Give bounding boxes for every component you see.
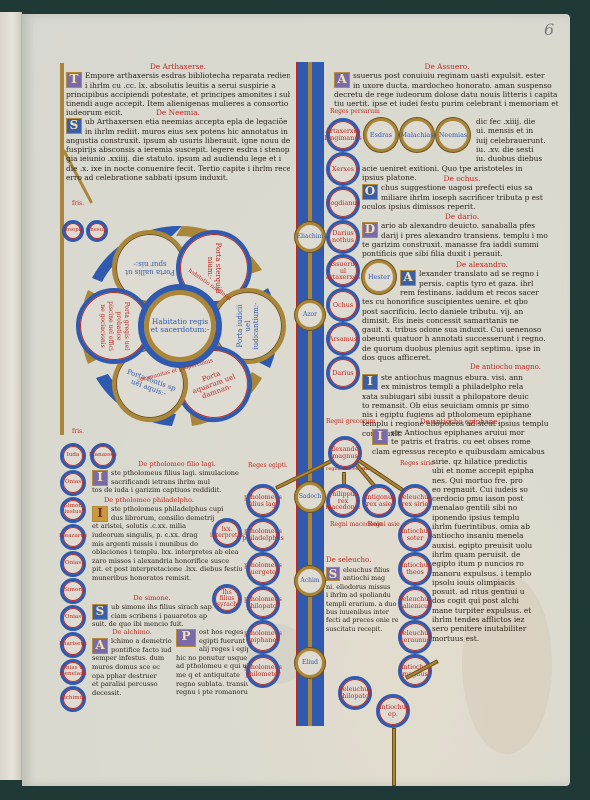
text-line: in ihrlm rediit. muros eius sex potens h… [85,127,290,136]
text-line: bus iuuenibus inter [326,608,398,616]
circle-ptholomeus-epiphanes: ptholomeus epiphanes [246,620,280,654]
circle-onias: Onias [60,470,86,496]
text-line: ste ptholomeus philadelphus cupi [111,505,242,514]
text-line: iuij celebrauerunt. [476,136,566,145]
initial-letter: P [176,629,196,647]
text-line: gia ieiunio .xxiiij. die statuto. ipsum … [66,154,290,163]
text-line: mortuus est. [432,634,564,643]
text-line: ni. eliodorus missus [326,583,398,591]
circle-phariseus: Phariseus [60,632,86,658]
rose-diagram-jerusalem-gates: Porta uallis ut spur nis:- Porta sterqui… [72,218,288,432]
initial-letter: S [92,604,108,620]
label-fris-2: fris. [72,428,84,435]
text-line: i ihrlm cu .cc. lx. absolutis leuitis a … [85,81,290,90]
text-line: tes cu honorifice suscipientes uenire. e… [362,297,562,306]
text-line: eo regnauit. Cui iudeis so [432,485,564,494]
text-line: lchimo a demetrio [111,637,172,646]
text-line: pontificis que sibi filia duxit i peraui… [362,249,562,258]
rubric: De Neemia. [66,108,290,117]
text-line: dos cogit qui post alchi [432,596,564,605]
text-line: in uxore ducta. mardocheo honorato. aman… [353,81,560,90]
text-line: suscitatu recepit. [326,625,398,633]
initial-letter: D [362,222,378,238]
text-line: decretu de rege iudeorum dolose datu nou… [334,90,560,99]
previous-page-edge [0,12,22,780]
rose-center-circle: Habitatio regis et sacerdotum:- [144,290,216,362]
rubric: De dario. [362,212,562,221]
text-line: sirie. qz hilatice predictis [432,457,564,466]
text-line: i ihrlm ad spoliandu [326,591,398,599]
text-line: posuit. ad ritus gentiui u [432,587,564,596]
section-assuero: De Assuero. A ssuerus post conuiuiu regi… [334,62,560,108]
central-gold-line [308,62,312,726]
circle-onias-3: Onias [60,605,86,631]
initial-letter: I [362,374,378,390]
text-line: sacrificandi ietrans ihrlm mul [111,478,262,487]
text-line: egipti fuerunt [199,637,248,646]
text-line: de quorum duobus plenius agit septimu. i… [362,344,562,353]
text-line: ihrlm fuerintibus. omia ab [432,522,564,531]
section-antiocho-epiphane-cont: sirie. qz hilatice predictis ubi et nome… [432,457,564,643]
label-fris: fris. [72,200,84,207]
text-line: dic fec .xiiij. die [476,117,566,126]
text-line: ex ministros templi a philadelpho rela [381,382,562,391]
text-line: alij reges i egipto q [199,645,248,654]
initial-letter: I [92,506,108,522]
initial-letter: S [326,567,340,581]
text-line: dos quos afficeret. [362,353,562,362]
circle-darius: Darius [326,356,360,390]
section-post-hos-reges: P ost hos reges egipti fuerunt alij rege… [176,628,248,697]
circle-simon-iustus: Simon iustus [60,497,86,523]
text-line: pit. et post interpretacione .lxx. diebu… [92,565,242,574]
section-assuero-cont: dic fec .xiiij. die ui. mensis et in iui… [476,117,566,163]
text-line: muneribus honoratos remisit. [92,574,242,583]
rubric-antiocho-magno: De antiocho magno. [470,363,541,372]
text-line: erro ad celebratione sabbati ipsum indux… [66,173,290,182]
section-dario: De dario. D ario ab alexandro deuicto. s… [362,212,562,258]
text-line: ubi et nome accepit epipha [432,466,564,475]
text-line: ihrlm tendes afflictos iez [432,615,564,624]
initial-letter: A [400,270,416,286]
text-line: cerdocio pmu iason post [432,494,564,503]
text-line: iu. duobus diebus [476,154,566,163]
circle-ptholomeus-philadelphus: ptholomeus philadelphus [246,518,280,552]
text-line: templi erarium. a duo [326,600,398,608]
circle-arsamus: Arsamus [326,322,360,356]
circle-antigonus: Antigonus rex asie [362,484,396,518]
text-line: pontifice facto iude [111,646,172,655]
initial-letter: A [334,72,350,88]
circle-sogdianus: Sogdianus [326,186,360,220]
circle-malachias: Malachias [400,118,434,152]
text-line: fuspirijs absconsis a ieremia suscepit. … [66,145,290,154]
circle-ptholomeus-euergetes: ptholomeus euergetes [246,552,280,586]
text-line: iu. .xv. die sesti [476,145,566,154]
circle-antiochus-soter: Antiochus soter [398,518,432,552]
rubric: De ochus. [362,174,562,183]
circle-xerxes: Xerxes [326,152,360,186]
text-line: decessit. [92,689,172,698]
circle-neemias: Neemias [436,118,470,152]
circle-ptholomeus-lagi: ptholomeus filius lagi [246,484,280,518]
text-line: miliare ihrlm ioseph sacrificer tributa … [381,193,562,202]
section-alexandro: De alexandro. A lexander translato ad se… [400,260,564,288]
text-line: ste Antiochus epiphanes aruiui mor [391,428,562,437]
text-line: ub Arthaxersen etia neemias accepta epla… [85,117,290,126]
circle-sadoch: Sadoch [295,482,325,512]
text-line: regno sublata. transiuit [176,680,248,689]
rubric: De alexandro. [400,260,564,269]
text-line: ad ptholomeu e qui ultim [176,662,248,671]
text-line: manoru expulsus. i templo [432,569,564,578]
circle-ptholomeus-philometor: ptholomeus philometor [246,654,280,688]
text-line: ssuerus post conuiuiu reginam uasti expu… [353,71,560,80]
text-line: menalao gentili sibi no [432,503,564,512]
initial-letter: I [372,429,388,445]
circle-alchimus: Alchimus [60,686,86,712]
text-line: dimisit. Eis ineis concessit samaritanis… [362,316,562,325]
circle-seleuchus-sirie: Seleuchus rex sirie [398,484,432,518]
text-line: ario ab alexandro deuicto. sanaballa pfe… [381,221,562,230]
circle-menelaus: Onias ul menelaus [60,659,86,685]
text-line: persis. captis tyro et gaza. ihrl [419,279,564,288]
rubric: De ptholomeo philadelpho. [92,496,242,505]
section-ptholomeus-lagi: De ptholomeo filio lagi. I ste ptholomeu… [92,460,262,495]
circle-ptholomeus-philopator: ptholomeus philopator [246,586,280,620]
text-line: post sacrificiu. lecto daniele tributu. … [362,307,562,316]
circle-darius-nothus: Darius nothus [326,220,360,254]
initial-letter: T [66,72,82,88]
label-regni-grecorum: Regni grecorum [326,418,375,425]
text-line: oblaciones i templu. lxx. interpretes ab… [92,548,242,557]
text-line: ste ptholomeus filius lagi. simulacione [111,469,262,478]
circle-achim: Achim [295,566,325,596]
text-line: lexander translato ad se regno i [419,269,564,278]
circle-antiochus-ep: Antiochus ep. [376,694,410,728]
text-line: ciam scribens i pauaretos ap [111,612,212,621]
text-line: iponendo ipsius templu [432,513,564,522]
text-line: ihrlm quam peruisit. de [432,550,564,559]
initial-letter: S [66,118,82,134]
initial-letter: O [362,184,378,200]
circle-azor: Azor [295,300,325,330]
text-line: auxisi. egipto preuisit uolu [432,541,564,550]
circle-assuerus: Assuerus ul artaxerxes [326,254,360,288]
text-line: tiu uertit. ipse et iudei festu purim ce… [334,99,560,108]
text-line: mane turpiter expulsus. et [432,606,564,615]
rubric-antiocho-epiphane: De antiocho epiphane. [420,418,500,427]
label-reges-egipti: Reges egipti. [248,462,288,469]
circle-philippus: Philippus rex macedonie [326,484,360,518]
text-line: chus suggestione uagosi prefecti eius sa [381,183,562,192]
gold-frame-line [60,63,64,435]
text-line: gauit. x. tribus odone sua induxit. Cui … [362,325,562,334]
rubric: De Assuero. [334,62,560,71]
rubric: De ptholomeo filio lagi. [92,460,262,469]
folio-number: 6 [544,20,554,39]
text-line: fecti ad preces onie re [326,616,398,624]
label-reges-persarum: Reges persarum [330,108,380,115]
text-line: rem festinans. iaddum et recos sacer [362,288,562,297]
circle-eliud: Eliud [295,648,325,678]
rubric: De simone. [92,594,212,603]
rubric-seleucho: De seleucho. [326,556,371,565]
circle-simon: Simon [60,578,86,604]
text-line: zaro missos i alexandria honorifice susc… [92,557,242,566]
text-line: muros domus sce ec [92,663,172,672]
text-line: antiochi mag [343,574,398,582]
text-line: acie ueniret exitioni. Quo tpe aristotel… [362,164,562,173]
section-seleucho: S eleuchus filius antiochi mag ni. eliod… [326,566,398,633]
text-line: semper infestus. dum [92,654,172,663]
circle-seleuchus-ceraunus: Seleuchus ceraunus [398,620,432,654]
text-line: regnu i pte romanoru. [176,688,248,697]
text-line: ipsolu iouis olimpiacis [432,578,564,587]
circle-ihs-sirach: Ihs filius syrach [212,584,242,614]
text-line: hic no ponutur usque [176,654,248,663]
text-line: opa pphar destruer [92,672,172,681]
text-line: te garizim construxit. manasse fra iaddi… [362,240,562,249]
circle-seleuchus-galienicus: Seleuchus galienicus [398,586,432,620]
section-neemia: De Neemia. S ub Arthaxersen etia neemias… [66,108,290,182]
section-simone: De simone. S ub simone ihs filius sirach… [92,594,212,629]
text-line: die .x. ixe in nocte conuenire fecit. Te… [66,164,290,173]
petal-porta-gregis: Porta gregis uel probatice piscine uel o… [76,288,152,364]
circle-artaxerxes: Artaxerxes longimanus [326,118,360,152]
circle-seleuchus-philopator: Seleuchus philopator [338,676,372,710]
text-line: ui. mensis et in [476,126,566,135]
section-alexandro-cont: rem festinans. iaddum et recos sacer tes… [362,288,562,362]
section-alchimo: De alchimo. A lchimo a demetrio pontific… [92,628,172,697]
label-regni-asie: Regni asie [368,521,400,528]
text-line: to remansit. Ob eius seuiciam omnis pr s… [362,401,562,410]
section-ochus: De ochus. O chus suggestione uagosi pref… [362,174,562,211]
circle-esdras: Esdras [364,118,398,152]
text-line: antiocho insaniu menela [432,531,564,540]
text-line: xata subiugari sibi iussit a philopatore… [362,392,562,401]
section-antiocho-epiphane: I ste Antiochus epiphanes aruiui mor te … [372,428,562,456]
circle-antiochus-theos: Antiochus theos [398,552,432,586]
text-line: oculos ipsius dimissos reperit. [362,202,562,211]
text-line: ste antiochus magnus ebura. visi. ann [381,373,562,382]
rubric: De alchimo. [92,628,172,637]
text-line: angustia construxit. ipsum ab usuris lib… [66,136,290,145]
initial-letter: I [92,470,108,486]
text-line: te patris et fratris. cu eet obses rome [391,437,562,446]
rubric: De Arthaxerse. [66,62,290,71]
initial-letter: A [92,638,108,654]
circle-iuda: Iuda [60,443,86,469]
text-line: obeunti quatuor h annotati successerunt … [362,334,562,343]
text-line: clam egressus recepto e quibusdam amicab… [372,447,562,456]
text-line: principibus accipiendi potestate, et pri… [66,90,290,99]
text-line: ub simone ihs filius sirach sapie [111,603,212,612]
label-reges-sirie: Reges sirie [400,460,434,467]
text-line: nes. Qui mortuo fre. pro [432,476,564,485]
text-line: egipto itum p nuncios ro [432,559,564,568]
gold-descender [392,728,396,786]
text-line: eleuchus filius [343,566,398,574]
circle-eleazarus: Eleazarus [60,524,86,550]
circle-ochus: Ochus [326,288,360,322]
text-line: me q et antiquitate [176,671,248,680]
text-line: Empore arthaxersis esdras bibliotecha re… [85,71,290,80]
text-line: et paralisi percusso [92,680,172,689]
text-line: darij i pres alexandro transiens. templu… [381,231,562,240]
circle-onias-2: Onias [60,551,86,577]
text-line: tos de iuda i garizim captiuos reddidit. [92,486,262,495]
text-line: sero penitere inutabiliter [432,624,564,633]
circle-lxx-interpretes: lxx. interpretes [212,518,242,548]
text-line: ost hos reges [199,628,248,637]
circle-eliachim: Eliachim [295,222,325,252]
